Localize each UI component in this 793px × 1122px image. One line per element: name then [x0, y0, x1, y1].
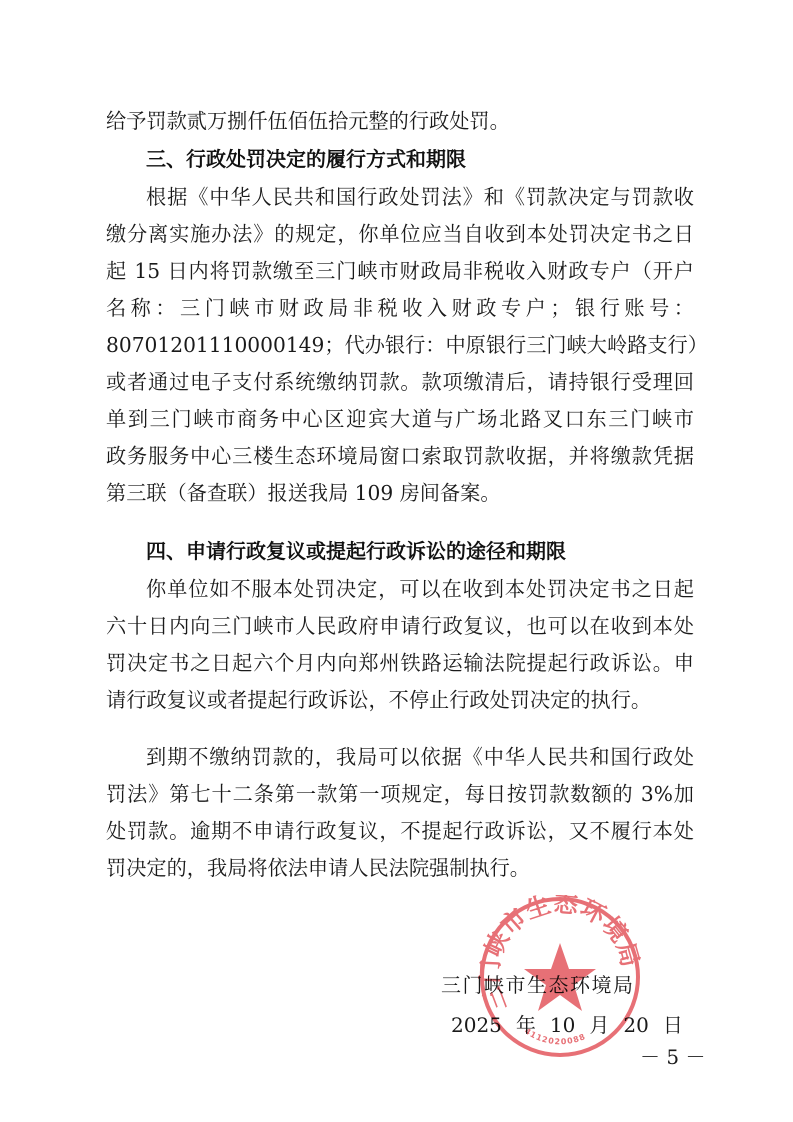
- section-heading-3: 三、行政处罚决定的履行方式和期限: [146, 144, 466, 174]
- body-text-line: 处罚款。逾期不申请行政复议，不提起行政诉讼，又不履行本处: [106, 816, 694, 846]
- page-number: － 5 －: [640, 1044, 705, 1070]
- body-text-line: 给予罚款贰万捌仟伍佰伍拾元整的行政处罚。: [106, 106, 694, 136]
- signing-organization: 三门峡市生态环境局: [441, 970, 635, 1000]
- body-text-line: 政务服务中心三楼生态环境局窗口索取罚款收据，并将缴款凭据: [106, 441, 694, 471]
- body-text-line: 罚决定的，我局将依法申请人民法院强制执行。: [106, 853, 694, 883]
- body-text-line: 起 15 日内将罚款缴至三门峡市财政局非税收入财政专户（开户: [106, 256, 694, 286]
- bank-account-line: 80701201110000149；代办银行：中原银行三门峡大岭路支行）: [106, 330, 694, 360]
- signing-date: 2025年10月20日: [451, 1010, 683, 1040]
- date-month-unit: 月: [589, 1010, 609, 1040]
- date-year: 2025: [451, 1010, 502, 1040]
- body-text-line: 到期不缴纳罚款的，我局可以依据《中华人民共和国行政处: [146, 742, 694, 772]
- date-day-unit: 日: [663, 1010, 683, 1040]
- body-text-line: 你单位如不服本处罚决定，可以在收到本处罚决定书之日起: [146, 574, 694, 604]
- date-year-unit: 年: [516, 1010, 536, 1040]
- body-text-line: 根据《中华人民共和国行政处罚法》和《罚款决定与罚款收: [146, 182, 694, 212]
- body-text-line: 单到三门峡市商务中心区迎宾大道与广场北路叉口东三门峡市: [106, 404, 694, 434]
- document-page: 给予罚款贰万捌仟伍佰伍拾元整的行政处罚。 三、行政处罚决定的履行方式和期限 根据…: [0, 0, 793, 1122]
- date-day: 20: [623, 1010, 648, 1040]
- body-text-line: 罚法》第七十二条第一款第一项规定，每日按罚款数额的 3%加: [106, 779, 694, 809]
- date-month: 10: [550, 1010, 575, 1040]
- body-text-line: 第三联（备查联）报送我局 109 房间备案。: [106, 478, 694, 508]
- body-text-line: 名称：三门峡市财政局非税收入财政专户；银行账号：: [106, 293, 694, 323]
- body-text-line: 缴分离实施办法》的规定，你单位应当自收到本处罚决定书之日: [106, 219, 694, 249]
- body-text-line: 请行政复议或者提起行政诉讼，不停止行政处罚决定的执行。: [106, 685, 694, 715]
- body-text-line: 六十日内向三门峡市人民政府申请行政复议，也可以在收到本处: [106, 611, 694, 641]
- body-text-line: 罚决定书之日起六个月内向郑州铁路运输法院提起行政诉讼。申: [106, 648, 694, 678]
- body-text-line: 或者通过电子支付系统缴纳罚款。款项缴清后，请持银行受理回: [106, 367, 694, 397]
- section-heading-4: 四、申请行政复议或提起行政诉讼的途径和期限: [146, 536, 566, 566]
